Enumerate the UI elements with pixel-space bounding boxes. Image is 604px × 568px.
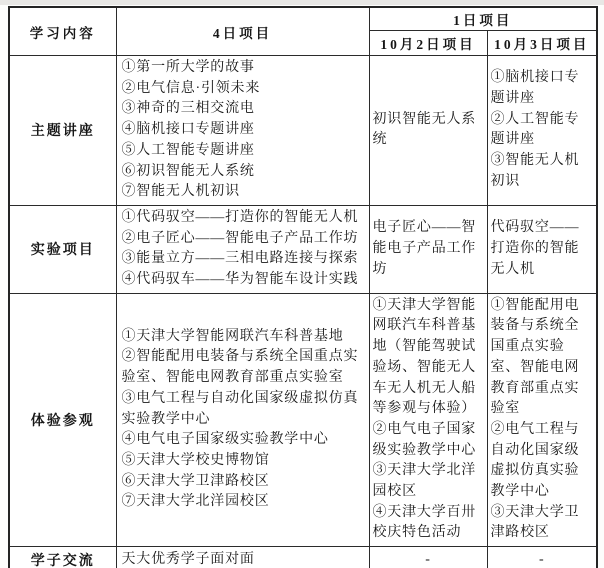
table-body: 主题讲座 ①第一所大学的故事②电气信息·引领未来③神奇的三相交流电④脑机接口专题… <box>9 56 597 568</box>
row-student-exchange: 学子交流 天大优秀学子面对面 - - <box>9 547 597 568</box>
cell-experiment-projects-oct2: 电子匠心——智能电子产品工作坊 <box>369 205 487 293</box>
cell-line: ④脑机接口专题讲座 <box>122 120 364 141</box>
cell-line: 天大优秀学子面对面 <box>122 550 364 568</box>
header-oct3-program: 10月3日项目 <box>487 31 597 56</box>
header-one-day-program: 1日项目 <box>369 7 597 31</box>
header-learning-content: 学习内容 <box>9 7 116 56</box>
cell-line: ⑤天津大学校史博物馆 <box>122 451 364 472</box>
page: { "table": { "header": { "learning_conte… <box>0 0 604 568</box>
cell-line: ①第一所大学的故事 <box>122 58 364 79</box>
screenshot-top-edge <box>0 0 604 5</box>
cell-line: ①脑机接口专题讲座 <box>491 68 594 109</box>
cell-line: ④电气电子国家级实验教学中心 <box>122 430 364 451</box>
header-row-1: 学习内容 4日项目 1日项目 <box>9 7 597 31</box>
cell-line: ③天津大学北洋园校区 <box>373 461 484 502</box>
cell-line: ⑦天津大学北洋园校区 <box>122 492 364 513</box>
cell-experience-visits-oct2: ①天津大学智能网联汽车科普基地（智能驾驶试验场、智能无人车无人机无人船等参观与体… <box>369 293 487 546</box>
cell-line: ⑦智能无人机初识 <box>122 182 364 203</box>
row-theme-lectures: 主题讲座 ①第一所大学的故事②电气信息·引领未来③神奇的三相交流电④脑机接口专题… <box>9 56 597 206</box>
cell-line: ①代码驭空——打造你的智能无人机 <box>122 208 364 229</box>
cell-theme-lectures-oct2: 初识智能无人系统 <box>369 56 487 206</box>
cell-theme-lectures-four-day: ①第一所大学的故事②电气信息·引领未来③神奇的三相交流电④脑机接口专题讲座⑤人工… <box>116 56 369 206</box>
cell-line: 初识智能无人系统 <box>373 110 484 151</box>
row-label-student-exchange: 学子交流 <box>9 547 116 568</box>
row-label-experiment-projects: 实验项目 <box>9 205 116 293</box>
cell-student-exchange-oct2: - <box>369 547 487 568</box>
study-schedule-table: 学习内容 4日项目 1日项目 10月2日项目 10月3日项目 主题讲座 ①第一所… <box>8 6 598 568</box>
row-label-theme-lectures: 主题讲座 <box>9 56 116 206</box>
cell-line: ④代码驭车——华为智能车设计实践 <box>122 270 364 291</box>
header-oct2-program: 10月2日项目 <box>369 31 487 56</box>
cell-experience-visits-oct3: ①智能配用电装备与系统全国重点实验室、智能电网教育部重点实验室②电气工程与自动化… <box>487 293 597 546</box>
cell-line: ②电子匠心——智能电子产品工作坊 <box>122 229 364 250</box>
cell-experience-visits-four-day: ①天津大学智能网联汽车科普基地②智能配用电装备与系统全国重点实验室、智能电网教育… <box>116 293 369 546</box>
cell-line: ②电气工程与自动化国家级虚拟仿真实验教学中心 <box>491 420 594 503</box>
cell-line: ③神奇的三相交流电 <box>122 99 364 120</box>
cell-line: ③电气工程与自动化国家级虚拟仿真实验教学中心 <box>122 389 364 430</box>
cell-line: ②智能配用电装备与系统全国重点实验室、智能电网教育部重点实验室 <box>122 347 364 388</box>
cell-line: ①智能配用电装备与系统全国重点实验室、智能电网教育部重点实验室 <box>491 296 594 420</box>
header-four-day-program: 4日项目 <box>116 7 369 56</box>
cell-line: ②电气信息·引领未来 <box>122 79 364 100</box>
cell-line: ②电气电子国家级实验教学中心 <box>373 420 484 461</box>
cell-line: ④天津大学百卅校庆特色活动 <box>373 503 484 544</box>
row-experience-visits: 体验参观 ①天津大学智能网联汽车科普基地②智能配用电装备与系统全国重点实验室、智… <box>9 293 597 546</box>
cell-line: 电子匠心——智能电子产品工作坊 <box>373 218 484 280</box>
table-header: 学习内容 4日项目 1日项目 10月2日项目 10月3日项目 <box>9 7 597 56</box>
cell-line: 代码驭空——打造你的智能无人机 <box>491 218 594 280</box>
row-label-experience-visits: 体验参观 <box>9 293 116 546</box>
cell-student-exchange-four-day: 天大优秀学子面对面 <box>116 547 369 568</box>
cell-line: ⑤人工智能专题讲座 <box>122 141 364 162</box>
row-experiment-projects: 实验项目 ①代码驭空——打造你的智能无人机②电子匠心——智能电子产品工作坊③能量… <box>9 205 597 293</box>
cell-line: ①天津大学智能网联汽车科普基地（智能驾驶试验场、智能无人车无人机无人船等参观与体… <box>373 296 484 420</box>
cell-student-exchange-oct3: - <box>487 547 597 568</box>
cell-experiment-projects-oct3: 代码驭空——打造你的智能无人机 <box>487 205 597 293</box>
cell-line: ⑥天津大学卫津路校区 <box>122 472 364 493</box>
cell-line: ②人工智能专题讲座 <box>491 110 594 151</box>
cell-theme-lectures-oct3: ①脑机接口专题讲座②人工智能专题讲座③智能无人机初识 <box>487 56 597 206</box>
cell-experiment-projects-four-day: ①代码驭空——打造你的智能无人机②电子匠心——智能电子产品工作坊③能量立方——三… <box>116 205 369 293</box>
cell-line: ⑥初识智能无人系统 <box>122 162 364 183</box>
cell-line: - <box>491 550 594 568</box>
cell-line: ①天津大学智能网联汽车科普基地 <box>122 327 364 348</box>
cell-line: ③智能无人机初识 <box>491 151 594 192</box>
cell-line: ③能量立方——三相电路连接与探索 <box>122 249 364 270</box>
cell-line: - <box>373 550 484 568</box>
cell-line: ③天津大学卫津路校区 <box>491 503 594 544</box>
